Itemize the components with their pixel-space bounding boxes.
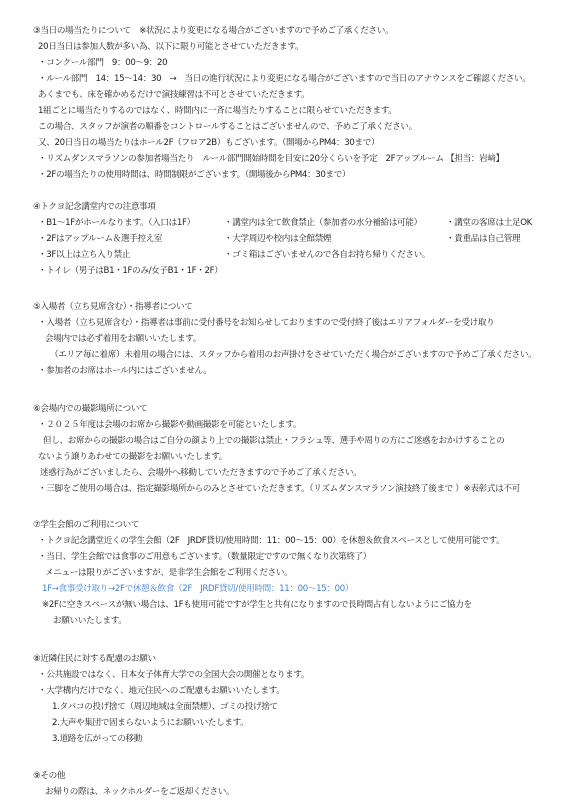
section-3-line: この場合、スタッフが演者の順番をコントロールすることはございませんので、予めご了… [38, 121, 417, 133]
section-3-line: ・リズムダンスマラソンの参加者場当たり ルール部門開始時間を目安に20分くらいを… [38, 153, 504, 165]
section-7-line: ・トクヨ記念講堂近くの学生会館（2F JRDF貸切/使用時間：11：00～15：… [38, 535, 504, 547]
section-6-line: ないよう譲りあわせての撮影をお願いいたします。 [38, 451, 227, 463]
section-6-line: 迷惑行為がございましたら、会場外へ移動していただきますので予めご了承ください。 [40, 467, 362, 479]
section-8-line: ・公共施設ではなく、日本女子体育大学での全国大会の開催となります。 [38, 669, 309, 681]
section-4-heading: ④トクヨ記念講堂内での注意事項 [33, 201, 156, 213]
section-4-col3-item: ・講堂の客席は土足OK [446, 217, 532, 229]
section-6-line: ・三脚をご使用の場合は、指定撮影場所からのみとさせていただきます。（リズムダンス… [38, 483, 520, 495]
section-5-heading: ⑤入場者（立ち見席含む）・指導者について [33, 301, 193, 313]
section-7-line: ・当日、学生会館では食事のご用意もございます。（数量限定ですので無くなり次第終了… [38, 551, 371, 563]
section-4-col1-item: ・3F以上は立ち入り禁止 [38, 249, 130, 261]
section-6-heading: ⑥会場内での撮影場所について [33, 403, 147, 415]
section-5-line: ・入場者（立ち見席含む）・指導者は事前に受付番号をお知らせしておりますので受付終… [38, 317, 494, 329]
section-8-numbered-item: 2.大声や集団で固まらないようにお願いいたします。 [52, 717, 248, 729]
section-3-line: 20日当日は参加人数が多い為、以下に限り可能とさせていただきます。 [38, 41, 303, 53]
section-4-col1-item: ・B1～1Fがホールなります。（入口は1F） [38, 217, 195, 229]
section-8-heading: ⑧近隣住民に対する配慮のお願い [33, 653, 156, 665]
section-4-col3-item: ・貴重品は自己管理 [446, 233, 520, 245]
section-9-line: お帰りの際は、ネックホルダーをご返却ください。 [45, 786, 234, 798]
section-3-line: 又、20日当日の場当たりはホール2F（フロア2B）もございます。（開場からPM4… [38, 137, 379, 149]
section-6-line: ・２０２５年度は会場のお席から撮影や動画撮影を可能といたします。 [38, 419, 301, 431]
section-8-line: ・大学構内だけでなく、地元住民へのご配慮もお願いいたします。 [38, 685, 284, 697]
section-7-line: メニューは限りがございますが、是非学生会館をご利用ください。 [45, 567, 292, 579]
section-8-numbered-item: 3.道路を広がっての移動 [52, 733, 142, 745]
section-3-heading: ③当日の場当たりについて ※状況により変更になる場合がございますので予めご了承く… [33, 25, 393, 37]
section-4-col2-item: ・大学周辺や校内は全館禁煙 [224, 233, 331, 245]
section-7-highlight-line: 1F→食事受け取り→2Fで休憩＆飲食（2F JRDF貸切/使用時間：11：00～… [42, 583, 353, 595]
section-4-col1-item: ・2Fはアップルーム＆選手控え室 [38, 233, 162, 245]
section-9-heading: ⑨その他 [33, 770, 65, 782]
section-7-line: お願いいたします。 [53, 615, 127, 627]
section-4-col1-item: ・トイレ（男子はB1・1Fのみ/女子B1・1F・2F） [38, 265, 222, 277]
section-3-line: ・2Fの場当たりの使用時間は、時間制限がございます。（開場後からPM4：30まで… [38, 169, 350, 181]
section-5-line: （エリア毎に着席）未着用の場合には、スタッフから着用のお声掛けをさせていただく場… [50, 349, 536, 361]
document-page: ③当日の場当たりについて ※状況により変更になる場合がございますので予めご了承く… [0, 0, 587, 804]
section-3-line: 1組ごとに場当たりするのではなく、時間内に一斉に場当たりすることに限らせていただ… [38, 105, 396, 117]
section-6-line: 但し、お席からの撮影の場合はご自分の顔より上での撮影は禁止・フラシュ等、選手や周… [43, 435, 504, 447]
section-5-line: ・参加者のお席はホール内にはございません。 [38, 365, 211, 377]
section-8-numbered-item: 1.タバコの投げ捨て（周辺地域は全面禁煙）、ゴミの投げ捨て [52, 701, 278, 713]
section-3-line: あくまでも、床を確かめるだけで演技練習は不可とさせていただきます。 [38, 89, 309, 101]
section-5-line: 会場内では必ず着用をお願いいたします。 [45, 333, 201, 345]
section-3-line: ・ルール部門 14：15～14：30 → 当日の進行状況により変更になる場合がご… [38, 73, 531, 85]
section-3-line: ・コンクール部門 9：00～9：20 [38, 57, 167, 69]
section-4-col2-item: ・講堂内は全て飲食禁止（参加者の水分補給は可能） [224, 217, 422, 229]
section-4-col2-item: ・ゴミ箱はございませんので各自お持ち帰りください。 [224, 249, 430, 261]
section-7-heading: ⑦学生会館のご利用について [33, 519, 139, 531]
section-7-line: ※2Fに空きスペースが無い場合は、1Fも使用可能ですが学生と共有になりますので長… [42, 599, 472, 611]
